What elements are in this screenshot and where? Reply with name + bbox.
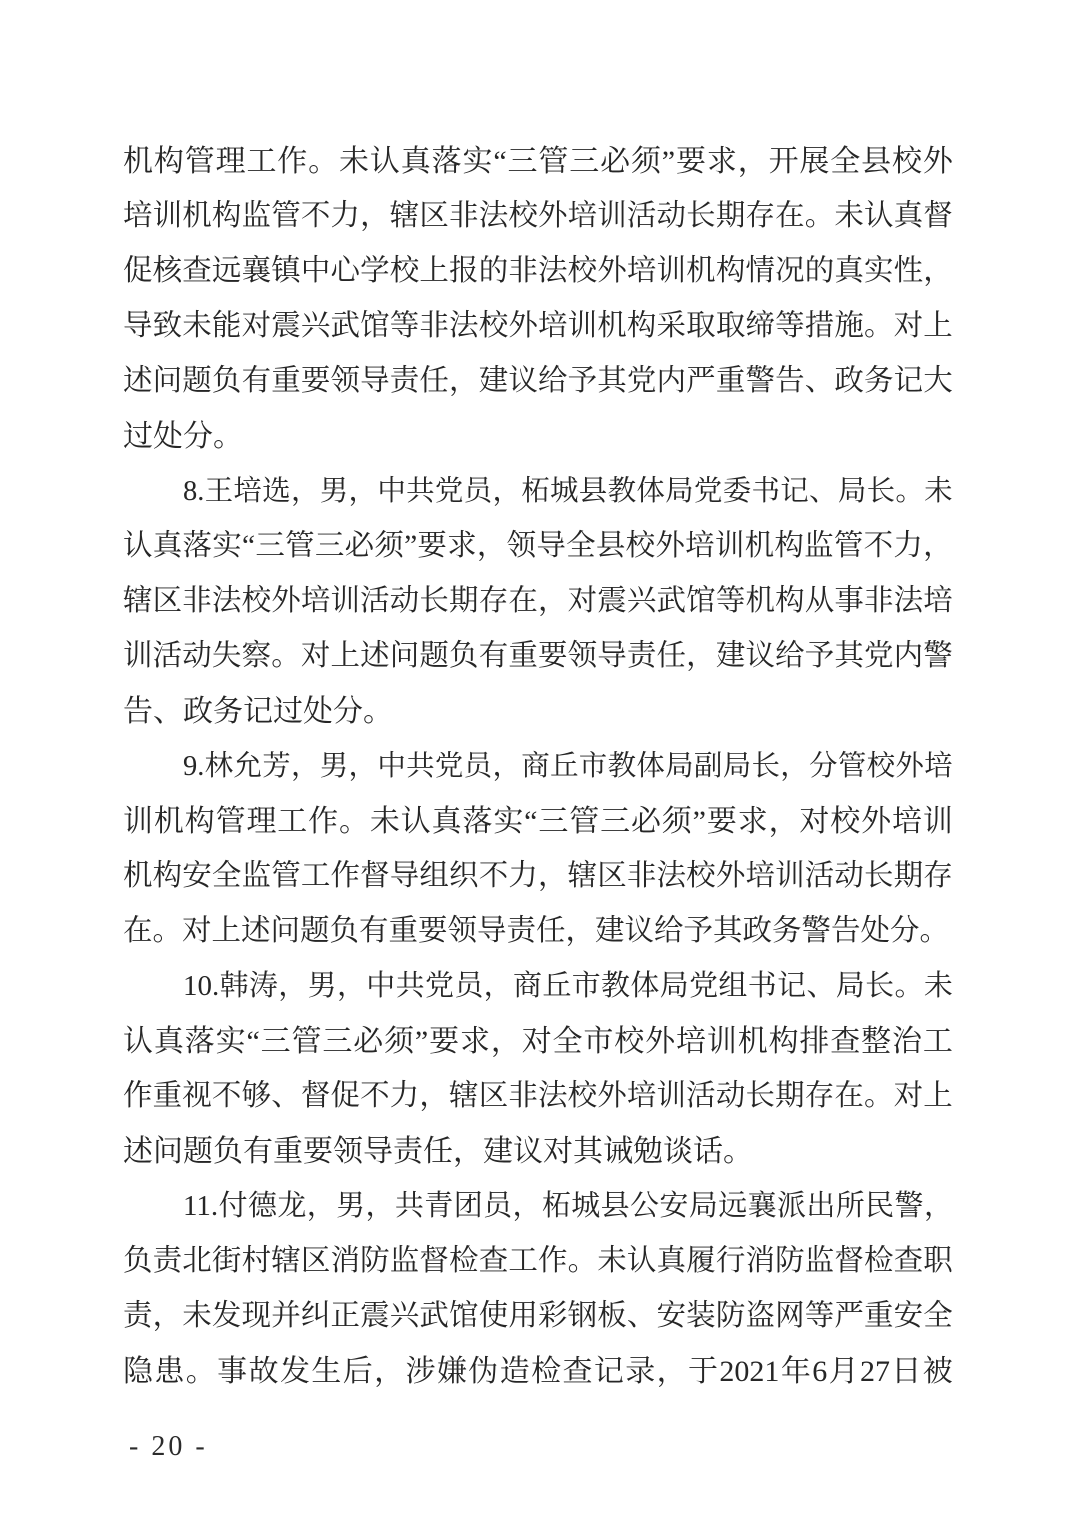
text-run: 等	[775, 299, 805, 354]
text-run: 法	[657, 849, 687, 904]
text-run: 8.	[183, 464, 204, 519]
text-run: 责	[123, 1289, 153, 1344]
text-run: 存	[923, 849, 953, 904]
text-run: 市	[583, 1014, 613, 1069]
text-run: 安	[657, 1289, 687, 1344]
text-run: 行	[716, 1234, 746, 1289]
text-run: 要	[417, 519, 447, 574]
text-run: 督	[360, 849, 390, 904]
text-run: 构	[154, 134, 184, 189]
text-run: 机	[123, 849, 153, 904]
text-run: 三	[322, 1014, 352, 1069]
text-run: 严	[834, 1289, 864, 1344]
text-run: 警	[923, 629, 953, 684]
text-run: 培	[892, 794, 922, 849]
text-run: 治	[892, 1014, 922, 1069]
text-run: 活	[805, 849, 835, 904]
text-run: 训	[597, 189, 627, 244]
text-run: 管	[216, 794, 246, 849]
text-run: 培	[301, 574, 331, 629]
text-run: 市	[579, 739, 608, 794]
text-run: 校	[568, 1069, 598, 1124]
text-run: 兴	[627, 574, 657, 629]
text-run: 机	[738, 1014, 768, 1069]
text-run: 局	[660, 959, 689, 1014]
text-run: 全	[212, 849, 242, 904]
text-run: 防	[360, 1234, 390, 1289]
text-run: 嫌	[437, 1344, 467, 1399]
text-run: 须	[384, 1014, 414, 1069]
text-run: ，	[512, 1179, 541, 1234]
text-run: 装	[686, 1289, 716, 1344]
text-run: 机	[686, 244, 716, 299]
text-run: “	[493, 134, 506, 189]
text-run: 查	[479, 1234, 509, 1289]
text-run: 其	[597, 354, 627, 409]
text-run: 力	[330, 189, 360, 244]
text-run: 隐	[123, 1344, 153, 1399]
text-run: 三	[315, 519, 345, 574]
text-run: 管	[569, 794, 599, 849]
text-run: 认	[370, 134, 400, 189]
text-run: 培	[745, 849, 775, 904]
text-run: 工	[246, 134, 276, 189]
text-run: 党	[435, 739, 464, 794]
text-run: 给	[775, 629, 805, 684]
text-run: 动	[657, 189, 687, 244]
text-run: 局	[723, 739, 752, 794]
text-run: 未	[924, 959, 953, 1014]
text-run: 柘	[521, 464, 550, 519]
text-run: 、	[627, 1289, 657, 1344]
text-run: 查	[182, 244, 212, 299]
text-run: 力	[508, 849, 538, 904]
text-run: 内	[657, 354, 687, 409]
text-run: 武	[419, 1289, 449, 1344]
text-run: 发	[280, 1344, 310, 1399]
text-run: ，	[477, 519, 507, 574]
text-run: 予	[568, 354, 598, 409]
text-run: 校	[867, 739, 896, 794]
text-run: 记	[780, 464, 809, 519]
text-run: 记	[894, 354, 924, 409]
text-run: 彩	[538, 1289, 568, 1344]
text-run: 校	[508, 189, 538, 244]
text-run: 震	[597, 574, 627, 629]
text-run: 求	[738, 794, 768, 849]
text-run: 青	[424, 1179, 453, 1234]
text-run: 镇	[271, 244, 301, 299]
document-line: 告、政务记过处分。	[123, 684, 953, 739]
text-run: 。	[186, 1344, 216, 1399]
document-line: 9.林允芳，男，中共党员，商丘市教体局副局长，分管校外培	[123, 739, 953, 794]
text-run: 负	[123, 1234, 153, 1289]
text-run: 重	[864, 1289, 894, 1344]
text-run: 录	[625, 1344, 655, 1399]
text-run: 督	[923, 189, 953, 244]
text-run: 实	[212, 519, 242, 574]
text-run: 领	[568, 629, 598, 684]
text-run: 三	[261, 1014, 291, 1069]
text-run: “	[246, 1014, 259, 1069]
paragraph: 8.王培选，男，中共党员，柘城县教体局党委书记、局长。未认真落实“三管三必须”要…	[123, 464, 953, 739]
paragraph: 10.韩涛，男，中共党员，商丘市教体局党组书记、局长。未认真落实“三管三必须”要…	[123, 959, 953, 1179]
text-run: 武	[657, 574, 687, 629]
text-run: 建	[716, 629, 746, 684]
text-run: 县	[596, 519, 626, 574]
text-run: 长	[865, 959, 894, 1014]
text-run: 要	[301, 354, 331, 409]
text-run: 6	[812, 1344, 827, 1399]
text-run: 培	[923, 574, 953, 629]
text-run: 任	[419, 354, 449, 409]
text-run: 构	[775, 574, 805, 629]
text-run: 非	[449, 189, 479, 244]
text-run: 党	[425, 959, 454, 1014]
text-run: 故	[249, 1344, 279, 1399]
text-run: 三	[600, 794, 630, 849]
text-run: 理	[246, 794, 276, 849]
text-run: 构	[774, 519, 804, 574]
text-run: 辖	[271, 1234, 301, 1289]
text-run: 、	[806, 959, 835, 1014]
text-run: 取	[716, 299, 746, 354]
text-run: 训	[153, 189, 183, 244]
text-run: ，	[538, 849, 568, 904]
text-run: 。	[895, 464, 924, 519]
text-run: 展	[799, 134, 829, 189]
document-line: 10.韩涛，男，中共党员，商丘市教体局党组书记、局长。未	[123, 959, 953, 1014]
text-run: 从	[805, 574, 835, 629]
text-run: 落	[183, 519, 213, 574]
text-run: 领	[330, 354, 360, 409]
text-run: 武	[330, 299, 360, 354]
text-run: 建	[479, 354, 509, 409]
text-run: 副	[694, 739, 723, 794]
text-run: ，	[337, 959, 366, 1014]
text-run: 员	[464, 464, 493, 519]
text-run: 机	[123, 134, 153, 189]
text-run: 促	[123, 244, 153, 299]
text-run: 党	[694, 464, 723, 519]
text-run: 中	[366, 959, 395, 1014]
text-run: 体	[636, 739, 665, 794]
text-run: 导	[360, 354, 390, 409]
text-run: 兴	[301, 299, 331, 354]
text-run: 落	[432, 134, 462, 189]
text-run: 对	[799, 794, 829, 849]
text-run: 外	[538, 189, 568, 244]
text-run: 有	[242, 354, 272, 409]
text-run: 非	[508, 244, 538, 299]
text-run: 中	[377, 739, 406, 794]
text-run: 核	[153, 244, 183, 299]
text-run: ，	[491, 1014, 521, 1069]
text-run: 非	[508, 1069, 538, 1124]
text-run: 兴	[390, 1289, 420, 1344]
text-run: 、	[809, 464, 838, 519]
text-run: 其	[834, 629, 864, 684]
text-run: 外	[271, 574, 301, 629]
text-run: 长	[686, 189, 716, 244]
text-run: 题	[419, 629, 449, 684]
text-run: 有	[479, 629, 509, 684]
text-run: 。	[271, 629, 301, 684]
text-run: 警	[745, 354, 775, 409]
text-run: 督	[834, 1234, 864, 1289]
text-run: 真	[834, 244, 864, 299]
text-run: 用	[508, 1289, 538, 1344]
text-run: ，	[153, 1289, 183, 1344]
text-run: 三	[569, 134, 599, 189]
text-run: 责	[153, 1234, 183, 1289]
text-run: 致	[153, 299, 183, 354]
text-run: 力	[893, 519, 923, 574]
text-run: 训	[123, 629, 153, 684]
text-run: 使	[479, 1289, 509, 1344]
text-run: 党	[435, 464, 464, 519]
text-run: 共	[406, 464, 435, 519]
text-run: 教	[608, 739, 637, 794]
text-run: 校	[892, 134, 922, 189]
text-run: 认	[864, 189, 894, 244]
text-run: ，	[349, 464, 378, 519]
text-run: 校	[686, 849, 716, 904]
text-run: 外	[923, 134, 953, 189]
text-run: 未	[182, 1289, 212, 1344]
text-run: 对	[894, 1069, 924, 1124]
text-run: 不	[864, 519, 894, 574]
text-run: 安	[182, 849, 212, 904]
text-run: 须	[374, 519, 404, 574]
text-run: 出	[806, 1179, 835, 1234]
text-run: 共	[395, 1179, 424, 1234]
text-run: 后	[343, 1344, 373, 1399]
text-run: 10.	[183, 959, 219, 1014]
document-line: 在。对上述问题负有重要领导责任，建议给予其政务警告处分。	[123, 904, 953, 959]
text-run: 培	[627, 244, 657, 299]
text-run: 督	[419, 1234, 449, 1289]
text-run: 活	[627, 189, 657, 244]
text-run: 不	[360, 1069, 390, 1124]
text-run: 组	[718, 959, 747, 1014]
text-run: 。	[339, 794, 369, 849]
text-run: 机	[154, 794, 184, 849]
document-line: 作重视不够、督促不力，辖区非法校外培训活动长期存在。对上	[123, 1069, 953, 1124]
text-run: 并	[271, 1289, 301, 1344]
text-run: 导	[597, 629, 627, 684]
text-run: 县	[579, 464, 608, 519]
document-line: 机构安全监管工作督导组织不力，辖区非法校外培训活动长期存	[123, 849, 953, 904]
text-run: ，	[291, 739, 320, 794]
text-run: 问	[390, 629, 420, 684]
text-run: 监	[805, 1234, 835, 1289]
text-run: 真	[432, 794, 462, 849]
text-run: ，	[492, 464, 521, 519]
paragraph: 9.林允芳，男，中共党员，商丘市教体局副局长，分管校外培训机构管理工作。未认真落…	[123, 739, 953, 959]
text-run: 训	[923, 794, 953, 849]
document-line: 过处分。	[123, 409, 953, 464]
text-run: 要	[676, 134, 706, 189]
text-run: 公	[630, 1179, 659, 1234]
text-run: 全	[553, 1014, 583, 1069]
text-run: 员	[464, 739, 493, 794]
text-run: ，	[366, 1179, 395, 1234]
text-run: 开	[769, 134, 799, 189]
text-run: 够	[242, 1069, 272, 1124]
text-run: ，	[484, 959, 513, 1014]
text-run: 患	[154, 1344, 184, 1399]
paragraph: 11.付德龙，男，共青团员，柘城县公安局远襄派出所民警，负责北街村辖区消防监督检…	[123, 1179, 953, 1399]
text-run: 校	[830, 794, 860, 849]
text-run: 民	[865, 1179, 894, 1234]
text-run: 性	[894, 244, 924, 299]
text-run: 构	[769, 1014, 799, 1069]
document-line: 述问题负有重要领导责任，建议给予其党内严重警告、政务记大	[123, 354, 953, 409]
text-run: 真	[657, 1234, 687, 1289]
text-run: 龙	[277, 1179, 306, 1234]
text-run: 长	[867, 464, 896, 519]
text-run: 警	[895, 1179, 924, 1234]
text-run: 要	[538, 629, 568, 684]
text-run: 局	[836, 959, 865, 1014]
text-run: 求	[460, 1014, 490, 1069]
text-run: ，	[769, 794, 799, 849]
text-run: 选	[262, 464, 291, 519]
text-run: 。	[864, 1069, 894, 1124]
text-run: 局	[665, 739, 694, 794]
text-run: 远	[212, 244, 242, 299]
text-run: 共	[406, 739, 435, 794]
text-run: 落	[462, 794, 492, 849]
text-run: 必	[345, 519, 375, 574]
text-run: 。	[894, 959, 923, 1014]
text-run: 长	[419, 574, 449, 629]
text-run: 韩	[220, 959, 249, 1014]
text-run: 机	[745, 574, 775, 629]
text-run: 涛	[249, 959, 278, 1014]
text-run: 所	[836, 1179, 865, 1234]
text-run: 落	[185, 1014, 215, 1069]
text-run: 付	[219, 1179, 248, 1234]
text-run: 活	[686, 1069, 716, 1124]
text-run: 重	[716, 354, 746, 409]
text-run: 校	[614, 1014, 644, 1069]
text-run: 校	[390, 244, 420, 299]
text-run: 全	[830, 134, 860, 189]
text-run: 政	[834, 354, 864, 409]
document-line: 训活动失察。对上述问题负有重要领导责任，建议给予其党内警	[123, 629, 953, 684]
text-run: 导	[123, 299, 153, 354]
text-run: 上	[419, 244, 449, 299]
document-line: 训机构管理工作。未认真落实“三管三必须”要求，对校外培训	[123, 794, 953, 849]
text-run: 9.	[183, 739, 204, 794]
text-run: ，	[349, 739, 378, 794]
text-run: “	[524, 794, 537, 849]
text-run: ，	[360, 189, 390, 244]
text-run: 培	[123, 189, 153, 244]
text-run: 区	[153, 574, 183, 629]
text-run: 党	[689, 959, 718, 1014]
text-run: 学	[360, 244, 390, 299]
text-run: 日	[891, 1344, 921, 1399]
text-run: 辖	[123, 574, 153, 629]
text-run: 作	[123, 1069, 153, 1124]
text-run: 事	[834, 574, 864, 629]
text-run: 被	[923, 1344, 953, 1399]
document-line: 辖区非法校外培训活动长期存在，对震兴武馆等机构从事非法培	[123, 574, 953, 629]
text-run: 北	[182, 1234, 212, 1289]
text-run: 须	[662, 794, 692, 849]
document-line: 认真落实“三管三必须”要求，对全市校外培训机构排查整治工	[123, 1014, 953, 1069]
text-run: 的	[479, 244, 509, 299]
text-run: 上	[923, 299, 953, 354]
text-run: 认	[123, 519, 153, 574]
document-line: 导致未能对震兴武馆等非法校外培训机构采取取缔等措施。对上	[123, 299, 953, 354]
text-run: ，	[924, 1179, 953, 1234]
text-run: 王	[205, 464, 234, 519]
text-run: 外	[645, 1014, 675, 1069]
text-run: “	[242, 519, 255, 574]
text-run: 外	[716, 849, 746, 904]
text-run: 作	[330, 849, 360, 904]
text-run: 男	[308, 959, 337, 1014]
text-run: 体	[630, 959, 659, 1014]
text-run: ”	[693, 794, 706, 849]
text-run: 事	[217, 1344, 247, 1399]
text-run: 构	[627, 299, 657, 354]
text-run: 党	[864, 629, 894, 684]
text-run: 长	[864, 849, 894, 904]
text-run: 纠	[301, 1289, 331, 1344]
text-run: 缔	[745, 299, 775, 354]
text-run: 排	[799, 1014, 829, 1069]
text-run: 法	[538, 1069, 568, 1124]
text-run: 对	[242, 299, 272, 354]
text-run: 培	[538, 299, 568, 354]
text-run: 训	[657, 244, 687, 299]
text-run: 活	[360, 574, 390, 629]
text-run: 未	[597, 1234, 627, 1289]
text-run: 。	[864, 299, 894, 354]
text-run: ，	[923, 244, 953, 299]
text-run: 外	[597, 1069, 627, 1124]
text-run: 外	[895, 739, 924, 794]
text-run: 伪	[468, 1344, 498, 1399]
text-run: 重	[271, 354, 301, 409]
text-run: 作	[538, 1234, 568, 1289]
text-run: 。	[568, 1234, 598, 1289]
text-run: 促	[330, 1069, 360, 1124]
text-run: 严	[686, 354, 716, 409]
text-run: 监	[242, 189, 272, 244]
text-run: 男	[320, 464, 349, 519]
text-run: 的	[805, 244, 835, 299]
text-run: 认	[401, 794, 431, 849]
text-run: 局	[689, 1179, 718, 1234]
text-run: 培	[627, 1069, 657, 1124]
text-run: 管	[834, 519, 864, 574]
text-run: 不	[212, 1069, 242, 1124]
text-run: 履	[686, 1234, 716, 1289]
text-run: 真	[153, 519, 183, 574]
text-run: 非	[182, 574, 212, 629]
text-run: 述	[360, 629, 390, 684]
text-run: 培	[568, 189, 598, 244]
text-run: 求	[447, 519, 477, 574]
text-run: 。	[308, 134, 338, 189]
text-run: 视	[182, 1069, 212, 1124]
